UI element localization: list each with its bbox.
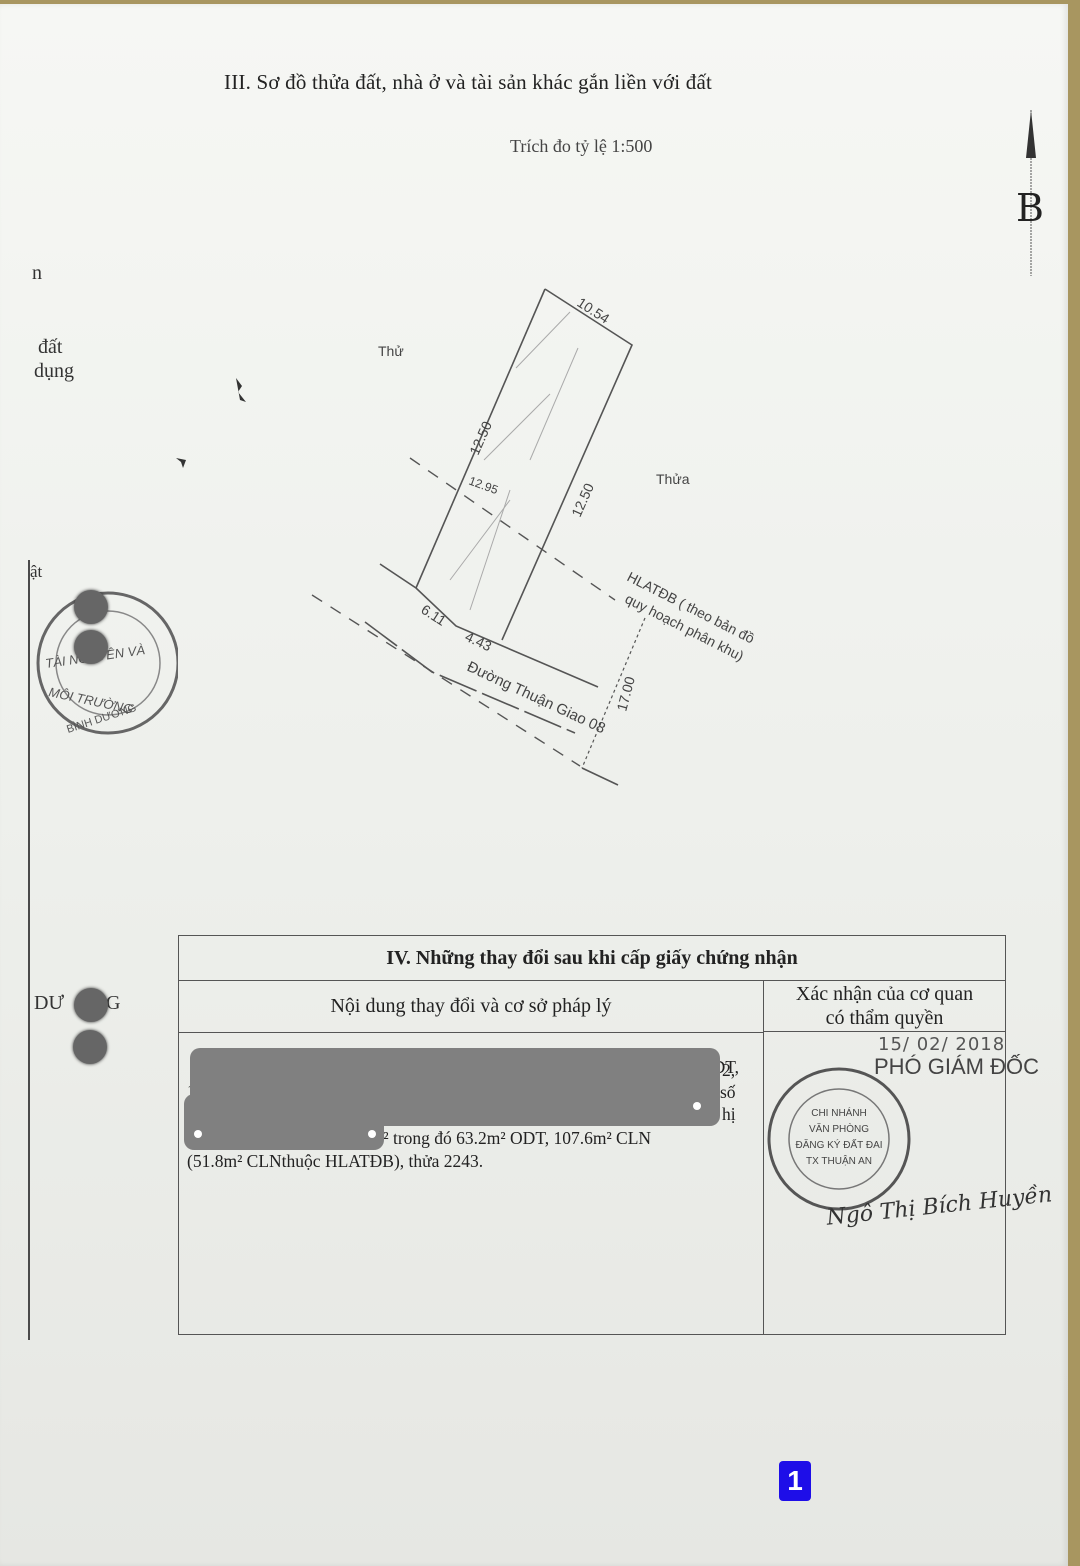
punch-hole — [74, 988, 108, 1022]
svg-text:CHI NHÁNH: CHI NHÁNH — [811, 1106, 867, 1119]
dim-road-width: 17.00 — [613, 675, 638, 713]
svg-text:TX THUẬN AN: TX THUẬN AN — [806, 1154, 872, 1167]
neighbor-label: Thửa — [656, 471, 690, 487]
header-line: Xác nhận của cơ quan — [764, 982, 1005, 1006]
neighbor-label: Thử — [378, 343, 404, 359]
road-dash — [312, 595, 580, 766]
ink-speck — [236, 378, 246, 402]
ink-speck — [176, 458, 186, 468]
redaction-handle — [194, 1130, 202, 1138]
annotation-badge[interactable]: 1 — [779, 1461, 811, 1501]
official-seal-right: CHI NHÁNH VĂN PHÒNG ĐĂNG KÝ ĐẤT ĐAI TX T… — [764, 1064, 914, 1214]
punch-hole — [74, 590, 108, 624]
redaction-handle — [368, 1130, 376, 1138]
dim-inner: 12.95 — [467, 474, 500, 498]
column-header-confirmation: Xác nhận của cơ quan có thẩm quyền — [763, 980, 1005, 1032]
text-tail: hị — [722, 1104, 736, 1125]
dim-left: 12.50 — [466, 419, 495, 458]
text-tail: số — [720, 1082, 736, 1103]
road-width-line — [582, 618, 645, 768]
dim-bottom-left: 6.11 — [418, 601, 449, 629]
confirmation-date: 15/ 02/ 2018 — [878, 1034, 1005, 1055]
text-tail: 2, — [722, 1060, 735, 1081]
header-line: có thẩm quyền — [764, 1006, 1005, 1030]
dim-right: 12.50 — [568, 481, 597, 520]
redaction-handle — [693, 1102, 701, 1110]
dim-bottom-right: 4.43 — [463, 628, 495, 654]
punch-hole — [73, 1030, 107, 1064]
svg-text:VĂN PHÒNG: VĂN PHÒNG — [809, 1122, 869, 1135]
text-line: (51.8m² CLNthuộc HLATĐB), thửa 2243. — [187, 1150, 739, 1174]
column-header-content: Nội dung thay đổi và cơ sở pháp lý — [179, 980, 763, 1033]
dim-top: 10.54 — [574, 294, 612, 327]
punch-hole — [74, 630, 108, 664]
road-name: Đường Thuận Giao 08 — [464, 658, 608, 737]
redaction-box — [184, 1094, 384, 1150]
section-iv-title: IV. Những thay đổi sau khi cấp giấy chứn… — [179, 936, 1005, 981]
svg-text:ĐĂNG KÝ ĐẤT ĐAI: ĐĂNG KÝ ĐẤT ĐAI — [795, 1138, 882, 1151]
